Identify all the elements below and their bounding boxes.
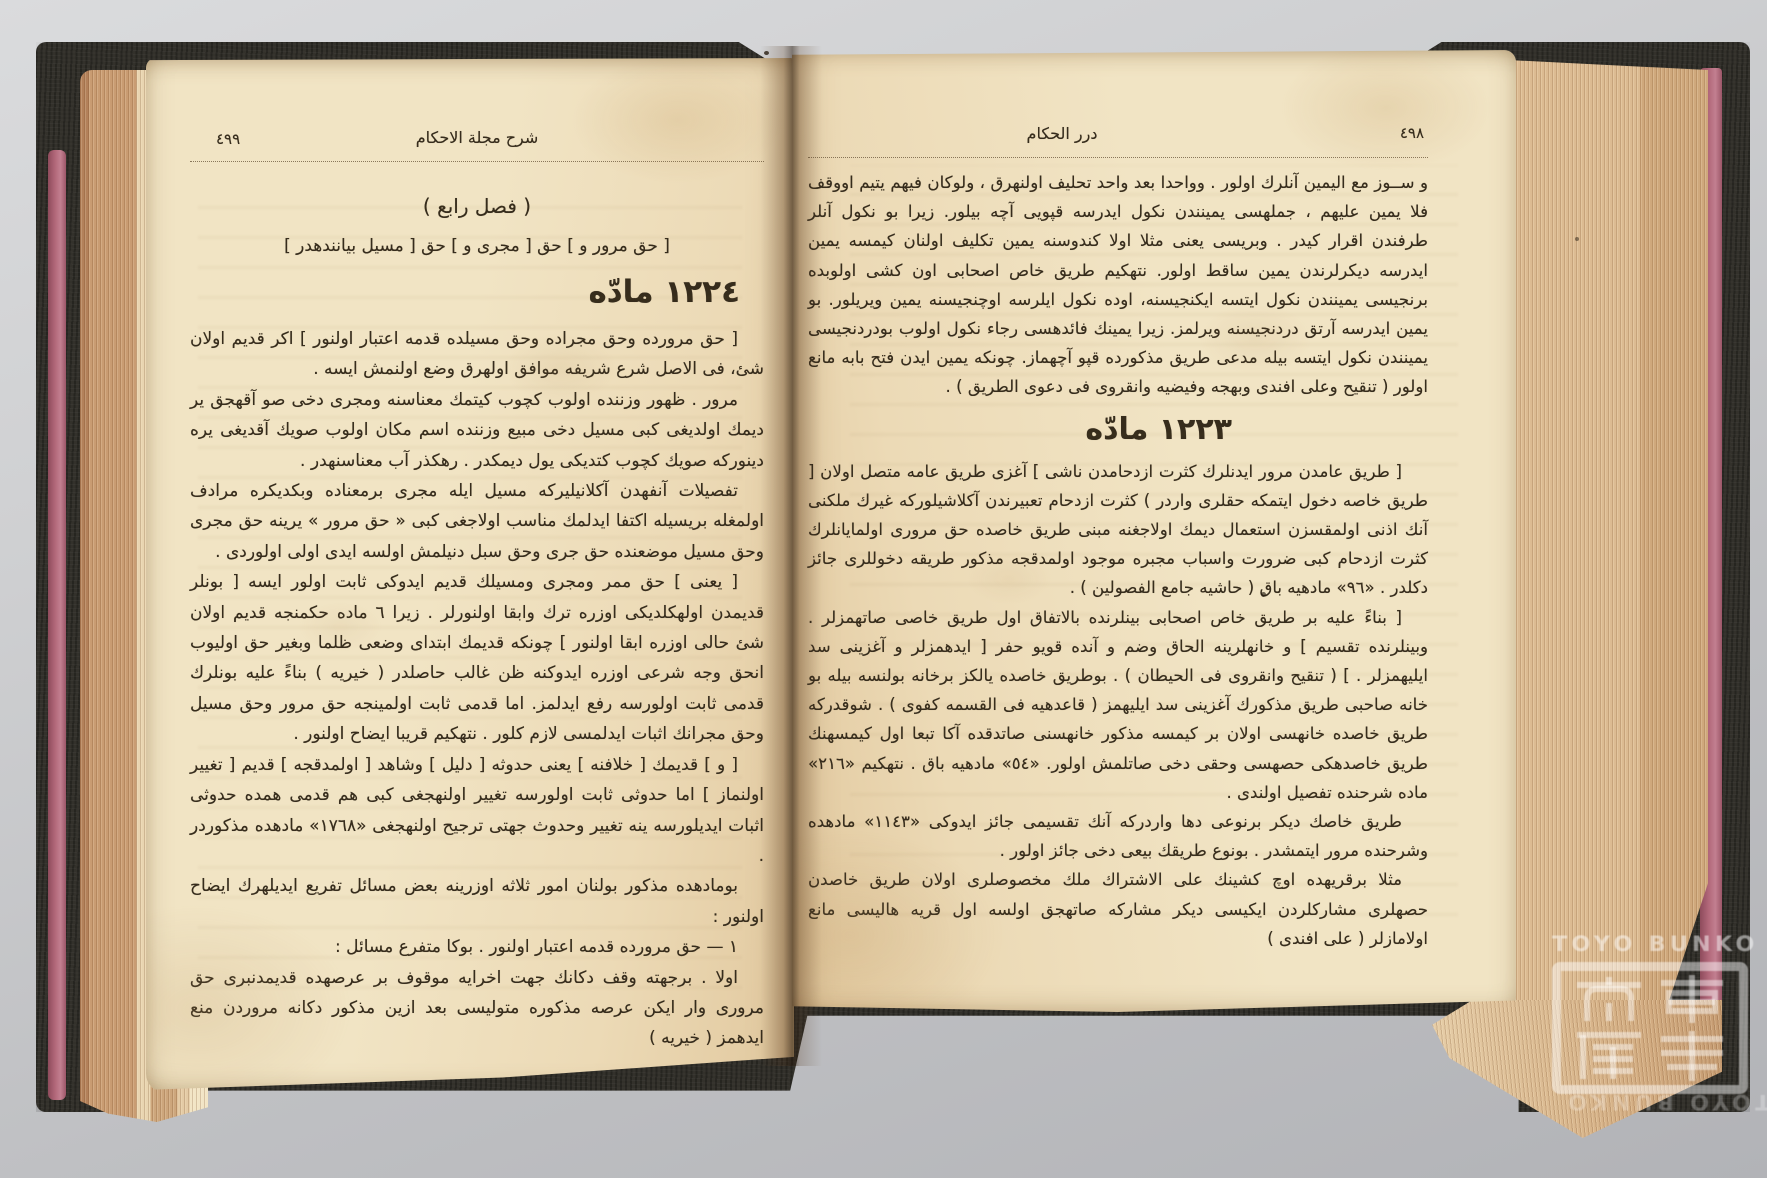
stain-speck [764,51,769,55]
article-body-continuation: و ســوز مع اليمين آنلرك اولور . وواحدا ب… [808,168,1428,402]
paragraph: [ طريق عامدن مرور ايدنلرك كثرت ازدحامدن … [808,457,1428,603]
seal-glyphs [1561,971,1739,1085]
right-page: درر الحكام ٤٩٨ و ســوز مع اليمين آنلرك ا… [792,50,1516,1012]
book-photograph: ٤٩٩ شرح مجلة الاحكام ( فصل رابع ) [ حق م… [0,0,1767,1178]
paragraph: [ يعنى ] حق ممر ومجرى ومسيلك قديم ايدوكى… [190,567,764,749]
chapter-subtitle: [ حق مرور و ] حق [ مجرى و ] حق [ مسيل بي… [190,236,764,256]
endpaper-edge-left [48,150,66,1100]
paragraph: اولا . برجهته وقف دكانك جهت اخرايه موقوف… [190,963,764,1054]
chapter-heading: ( فصل رابع ) [190,194,764,218]
stain-speck [1575,237,1579,241]
article-body: [ حق مرورده وحق مجراده وحق مسيلده قدمه ا… [190,324,764,1054]
watermark-text: TOYO BUNKO [1552,932,1767,956]
article-number-heading: ١٢٢٣ مادّه [808,412,1232,447]
paragraph: بومادهده مذكور بولنان امور ثلاثه اوزرينه… [190,871,764,932]
running-header: درر الحكام ٤٩٨ [808,124,1428,150]
running-header: ٤٩٩ شرح مجلة الاحكام [190,128,764,154]
header-rule [808,157,1428,158]
watermark-mirror-text: TOYO BUNKO [1546,1090,1767,1114]
paragraph: طريق خاصك ديكر برنوعى دها واردركه آنك تق… [808,807,1428,865]
paragraph: ١ — حق مرورده قدمه اعتبار اولنور . بوكا … [190,932,764,962]
header-rule [190,161,764,162]
running-title: شرح مجلة الاحكام [190,128,764,147]
paragraph: تفصيلات آنفهدن آكلانيليركه مسيل ايله مجر… [190,476,764,567]
article-number-heading: ١٢٢٤ مادّه [190,274,740,310]
stain-speck [1261,592,1266,597]
paragraph: [ حق مرورده وحق مجراده وحق مسيلده قدمه ا… [190,324,764,385]
page-block-fore-edge [1508,60,1708,1064]
page-number: ٤٩٨ [1400,124,1424,142]
paragraph: و ســوز مع اليمين آنلرك اولور . وواحدا ب… [808,168,1428,402]
library-seal-icon [1552,962,1748,1094]
left-page: ٤٩٩ شرح مجلة الاحكام ( فصل رابع ) [ حق م… [146,58,794,1092]
article-body: [ طريق عامدن مرور ايدنلرك كثرت ازدحامدن … [808,457,1428,953]
paragraph: مرور . ظهور وزننده اولوب كچوب كيتمك معنا… [190,385,764,476]
paragraph: [ بناءً عليه بر طريق خاص اصحابى بينلرنده… [808,603,1428,807]
paragraph: [ و ] قديمك [ خلافنه ] يعنى حدوثه [ دليل… [190,750,764,872]
paragraph: مثلا برقريهده اوچ كشينك على الاشتراك ملك… [808,865,1428,953]
running-title: درر الحكام [752,124,1372,143]
